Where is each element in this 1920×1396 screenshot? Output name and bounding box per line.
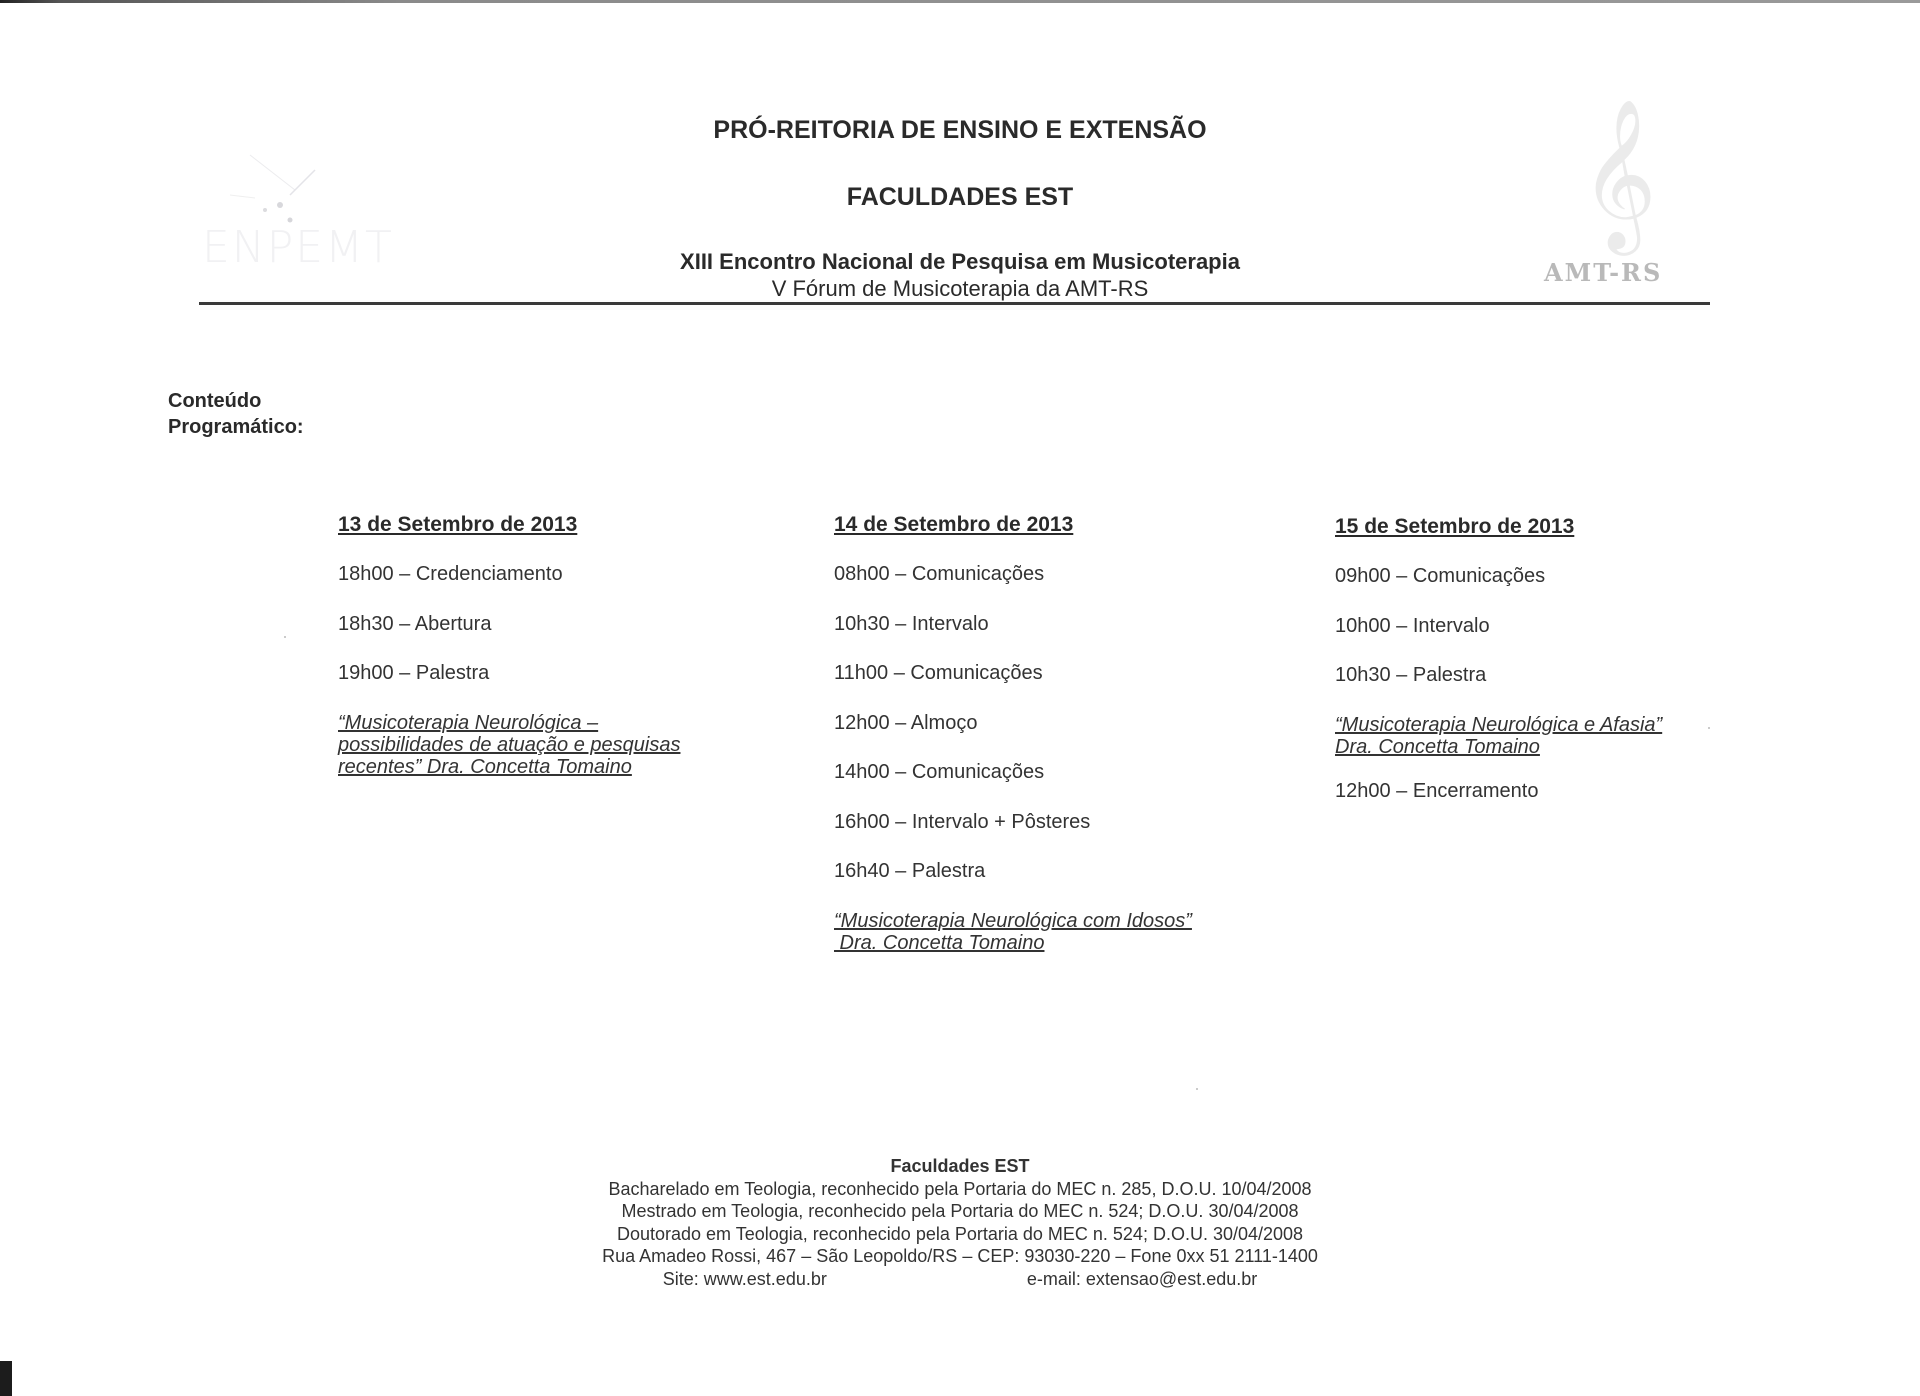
schedule-item: 10h00 – Intervalo <box>1335 611 1795 661</box>
scan-corner-mark <box>0 1361 12 1396</box>
section-label-line2: Programático: <box>168 414 304 440</box>
schedule-item: 18h00 – Credenciamento <box>338 559 798 609</box>
lecture-title: “Musicoterapia Neurológica e Afasia”Dra.… <box>1335 714 1795 758</box>
scan-top-border <box>0 0 1920 3</box>
footer: Faculdades EST Bacharelado em Teologia, … <box>0 1155 1920 1290</box>
header-divider <box>199 302 1710 305</box>
schedule-item: 08h00 – Comunicações <box>834 559 1294 609</box>
footer-line: Rua Amadeo Rossi, 467 – São Leopoldo/RS … <box>0 1245 1920 1268</box>
schedule-item: 19h00 – Palestra <box>338 658 798 708</box>
schedule-item: 11h00 – Comunicações <box>834 658 1294 708</box>
event-subtitle: V Fórum de Musicoterapia da AMT-RS <box>0 276 1920 302</box>
schedule-item: 12h00 – Almoço <box>834 708 1294 758</box>
schedule-item: 09h00 – Comunicações <box>1335 561 1795 611</box>
date-heading: 15 de Setembro de 2013 <box>1335 512 1795 561</box>
header-pro-reitoria: PRÓ-REITORIA DE ENSINO E EXTENSÃO <box>0 116 1920 145</box>
event-title: XIII Encontro Nacional de Pesquisa em Mu… <box>0 249 1920 275</box>
footer-site-link[interactable]: Site: www.est.edu.br <box>663 1268 827 1291</box>
schedule-item: 10h30 – Palestra <box>1335 660 1795 710</box>
schedule-item: 10h30 – Intervalo <box>834 609 1294 659</box>
footer-line: Bacharelado em Teologia, reconhecido pel… <box>0 1178 1920 1201</box>
footer-line: Mestrado em Teologia, reconhecido pela P… <box>0 1200 1920 1223</box>
lecture-title: “Musicoterapia Neurológica –possibilidad… <box>338 712 798 778</box>
lecture-title-line: “Musicoterapia Neurológica – <box>338 712 798 734</box>
schedule-day-2: 14 de Setembro de 201308h00 – Comunicaçõ… <box>834 510 1294 972</box>
schedule-day-1: 13 de Setembro de 201318h00 – Credenciam… <box>338 510 798 796</box>
schedule-item: 12h00 – Encerramento <box>1335 776 1795 826</box>
schedule-item: 16h40 – Palestra <box>834 856 1294 906</box>
scan-speck <box>1196 1088 1198 1090</box>
lecture-title-line: “Musicoterapia Neurológica e Afasia” <box>1335 714 1795 736</box>
footer-title: Faculdades EST <box>0 1155 1920 1178</box>
footer-contact: Site: www.est.edu.br e-mail: extensao@es… <box>0 1268 1920 1291</box>
date-heading: 14 de Setembro de 2013 <box>834 510 1294 559</box>
lecture-title-line: possibilidades de atuação e pesquisas <box>338 734 798 756</box>
schedule-item: 14h00 – Comunicações <box>834 757 1294 807</box>
lecture-title-line: recentes” Dra. Concetta Tomaino <box>338 756 798 778</box>
lecture-title-line: “Musicoterapia Neurológica com Idosos” <box>834 910 1294 932</box>
lecture-title: “Musicoterapia Neurológica com Idosos” D… <box>834 910 1294 954</box>
lecture-title-line: Dra. Concetta Tomaino <box>834 932 1294 954</box>
schedule-item: 18h30 – Abertura <box>338 609 798 659</box>
schedule-day-3: 15 de Setembro de 201309h00 – Comunicaçõ… <box>1335 512 1795 825</box>
lecture-title-line: Dra. Concetta Tomaino <box>1335 736 1795 758</box>
header-faculdades: FACULDADES EST <box>0 183 1920 212</box>
footer-line: Doutorado em Teologia, reconhecido pela … <box>0 1223 1920 1246</box>
scan-speck <box>1708 727 1710 729</box>
section-label-line1: Conteúdo <box>168 388 304 414</box>
section-label: Conteúdo Programático: <box>168 388 304 440</box>
footer-email-link[interactable]: e-mail: extensao@est.edu.br <box>1027 1268 1257 1291</box>
date-heading: 13 de Setembro de 2013 <box>338 510 798 559</box>
schedule-item: 16h00 – Intervalo + Pôsteres <box>834 807 1294 857</box>
scan-speck <box>284 636 286 638</box>
